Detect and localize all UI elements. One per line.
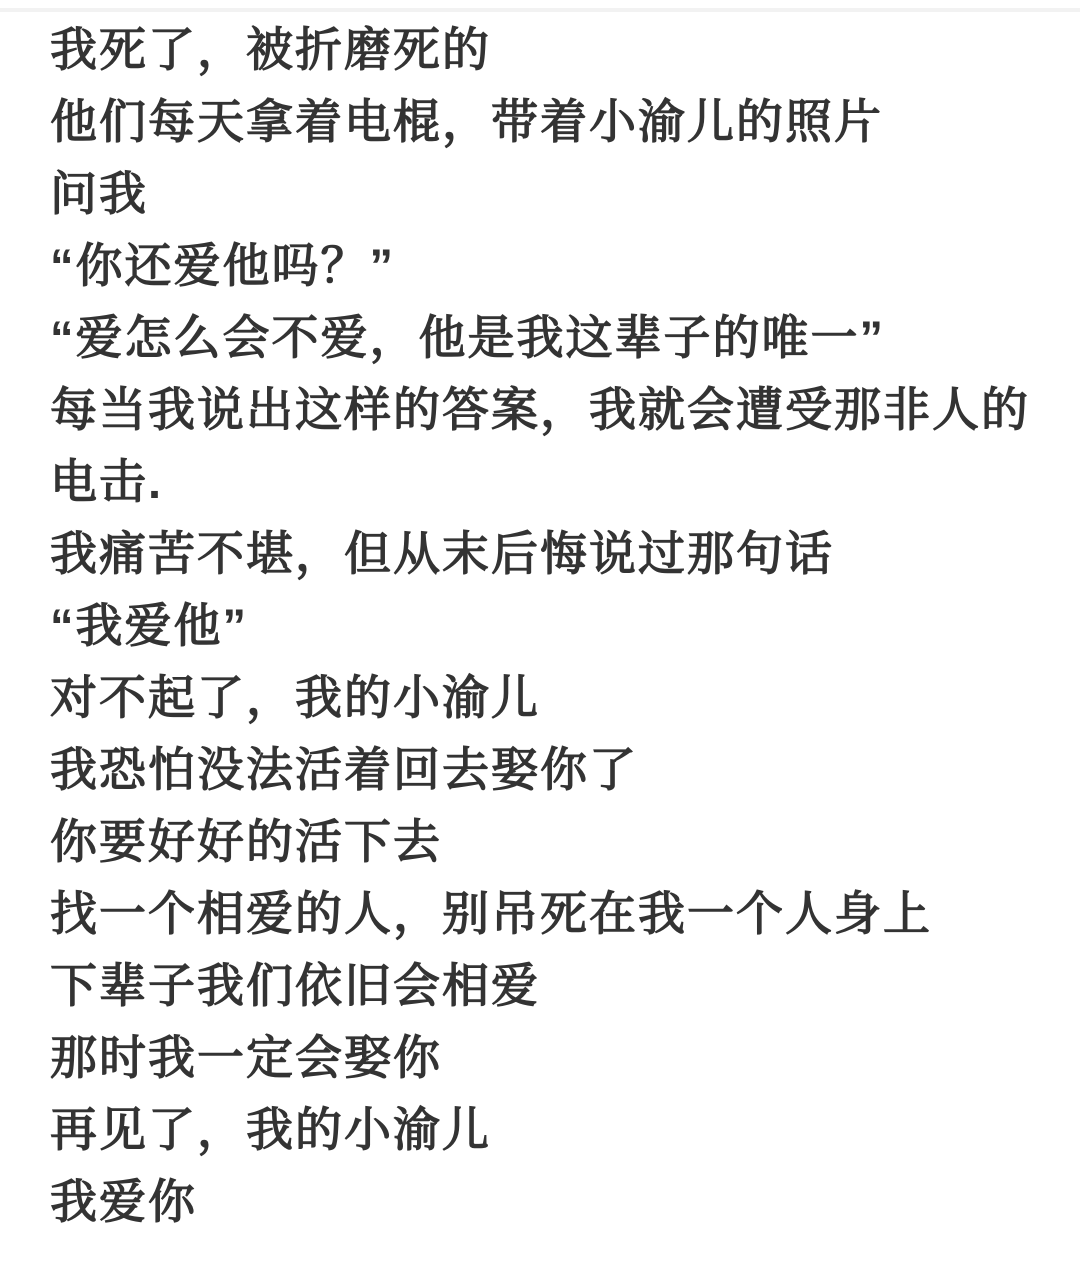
text-line: 他们每天拿着电棍，带着小渝儿的照片 xyxy=(50,86,1050,158)
text-line: “你还爱他吗？” xyxy=(50,230,1050,302)
top-divider xyxy=(0,8,1080,12)
text-line: 问我 xyxy=(50,158,1050,230)
text-line: 对不起了，我的小渝儿 xyxy=(50,662,1050,734)
text-line: 找一个相爱的人，别吊死在我一个人身上 xyxy=(50,878,1050,950)
text-line: 电击. xyxy=(50,446,1050,518)
text-line: 下辈子我们依旧会相爱 xyxy=(50,950,1050,1022)
text-line: 我爱你 xyxy=(50,1166,1050,1238)
text-line: 那时我一定会娶你 xyxy=(50,1022,1050,1094)
story-text: 我死了，被折磨死的 他们每天拿着电棍，带着小渝儿的照片 问我 “你还爱他吗？” … xyxy=(50,14,1050,1238)
text-line: 每当我说出这样的答案，我就会遭受那非人的 xyxy=(50,374,1050,446)
text-line: “爱怎么会不爱，他是我这辈子的唯一” xyxy=(50,302,1050,374)
text-line: 我痛苦不堪，但从末后悔说过那句话 xyxy=(50,518,1050,590)
text-line: 我死了，被折磨死的 xyxy=(50,14,1050,86)
text-line: 再见了，我的小渝儿 xyxy=(50,1094,1050,1166)
text-line: “我爱他” xyxy=(50,590,1050,662)
text-line: 你要好好的活下去 xyxy=(50,806,1050,878)
text-line: 我恐怕没法活着回去娶你了 xyxy=(50,734,1050,806)
